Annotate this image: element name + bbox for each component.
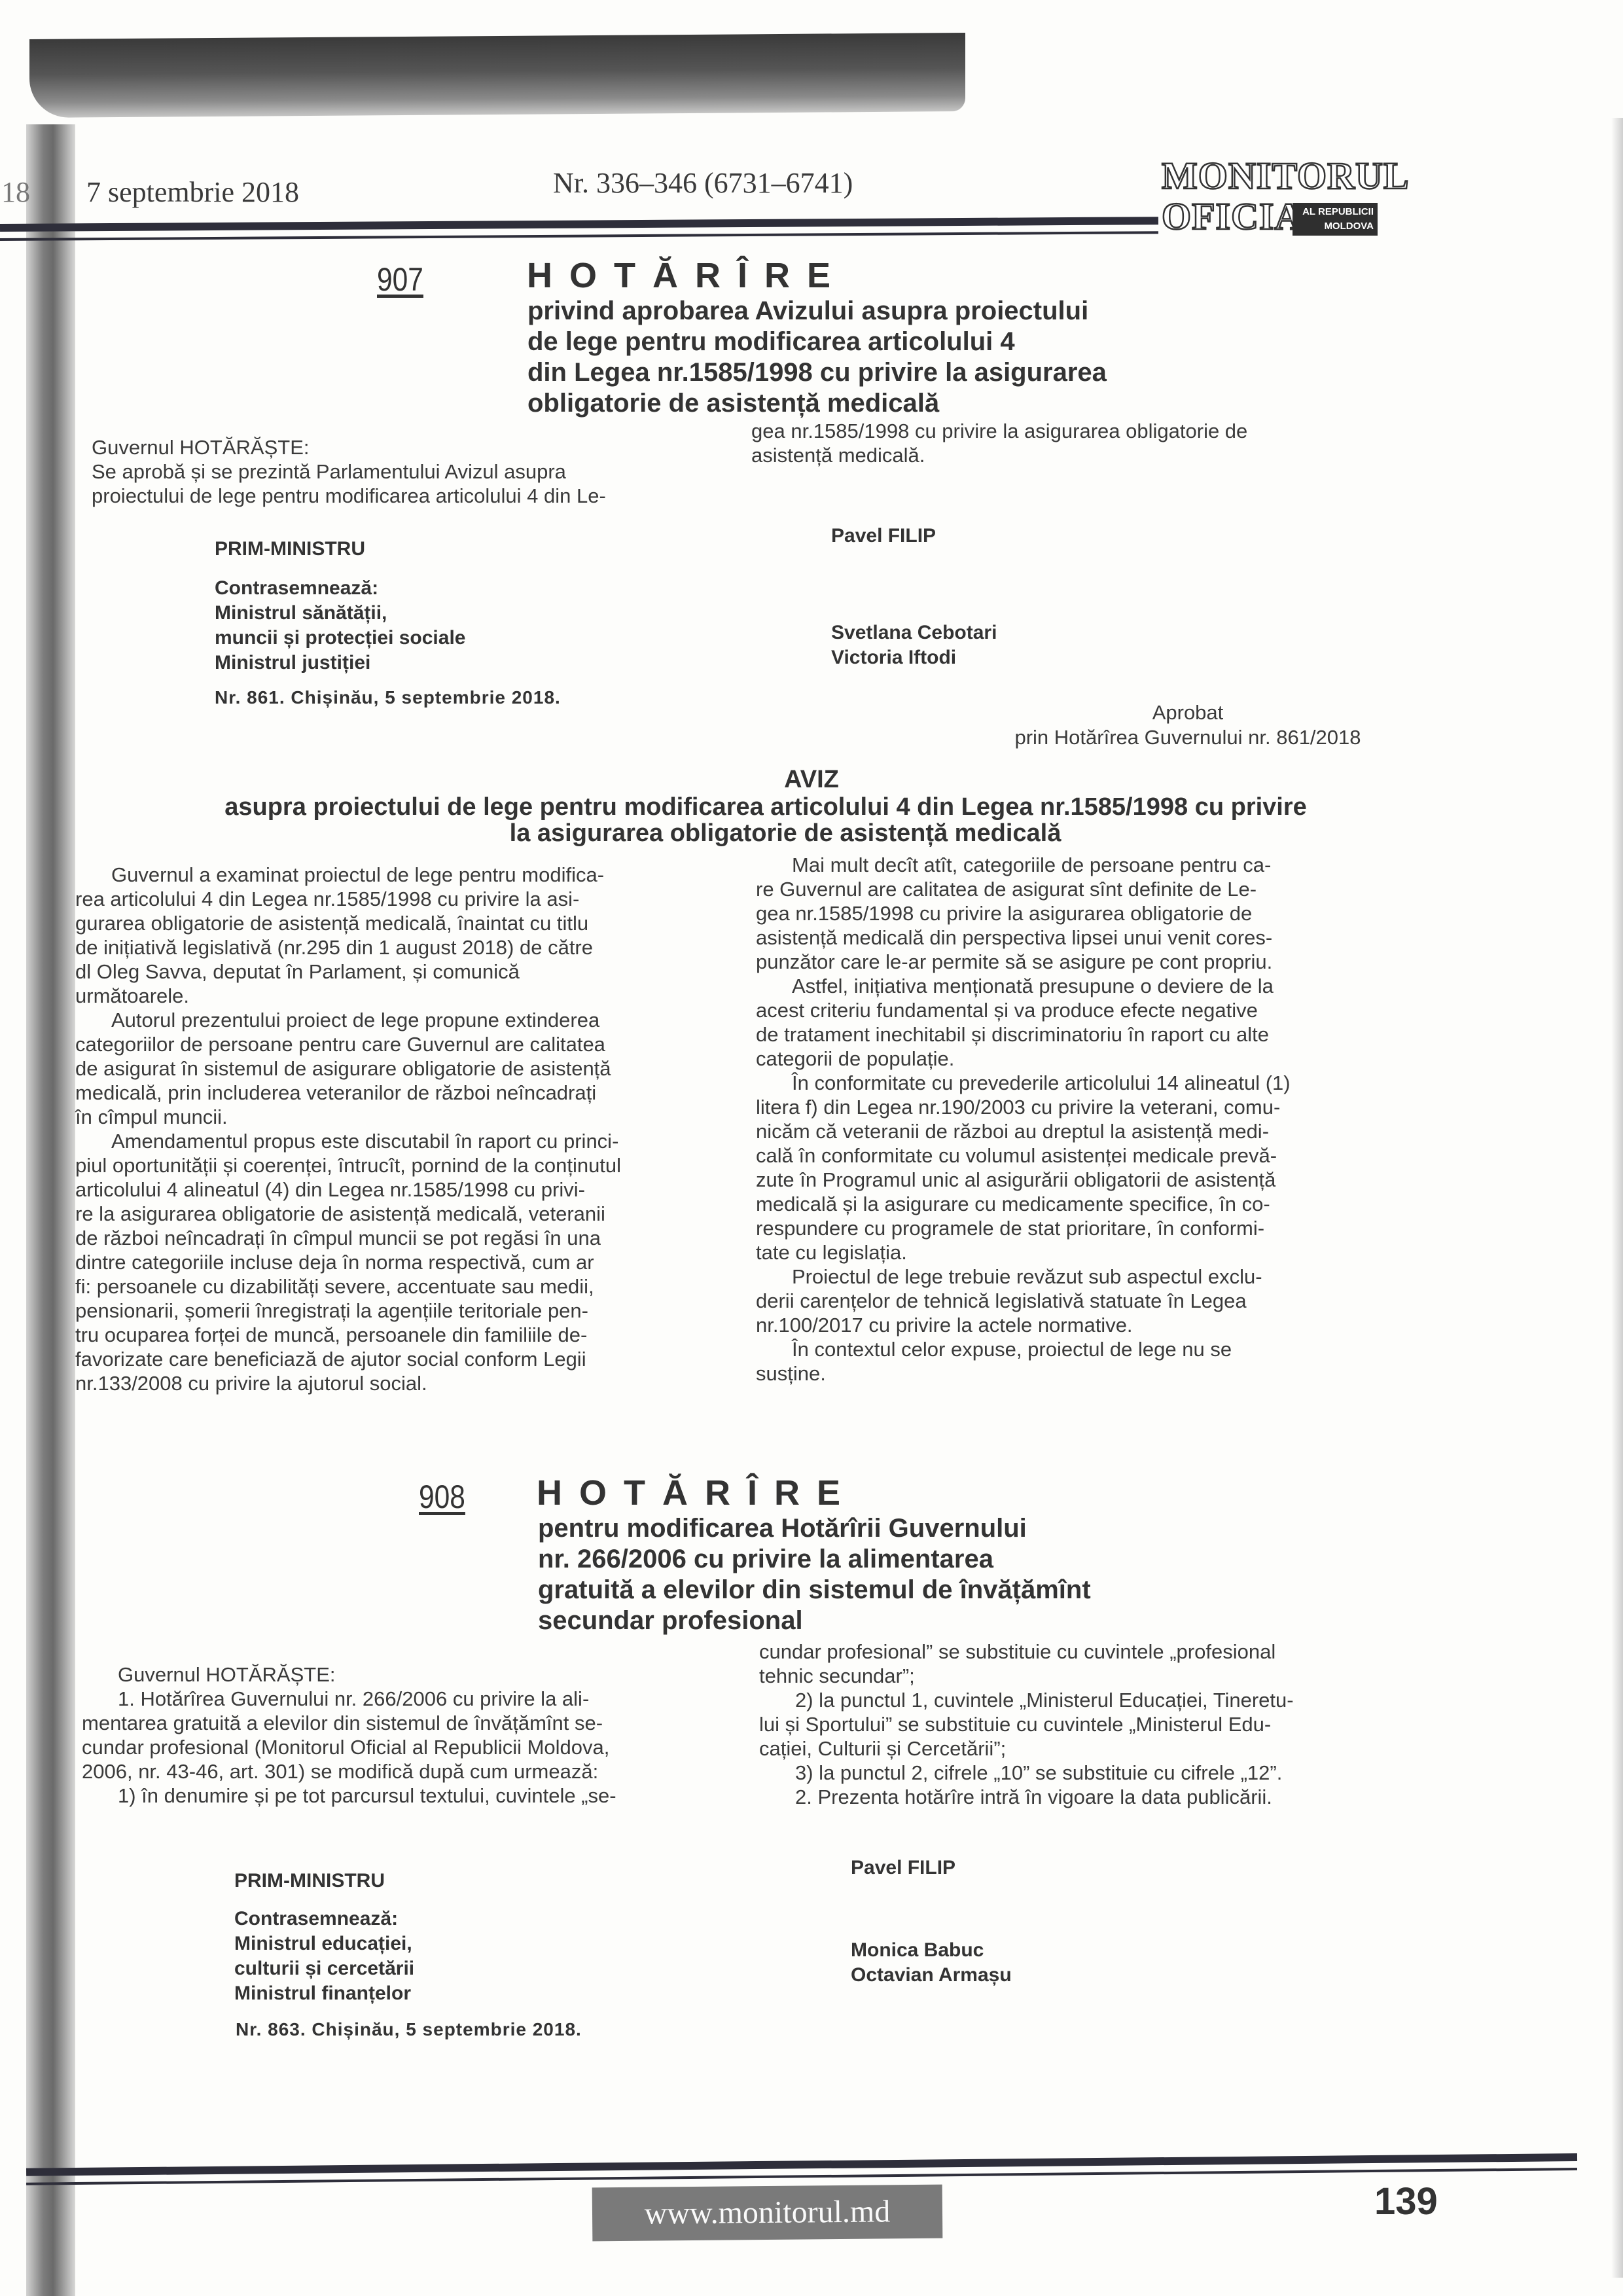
text-line: de război neîncadrați în cîmpul muncii s… (75, 1226, 621, 1250)
text-line: acest criteriu fundamental și va produce… (756, 998, 1291, 1022)
text-line: 2. Prezenta hotărîre intră în vigoare la… (759, 1785, 1294, 1809)
logo-badge: AL REPUBLICII MOLDOVA (1293, 203, 1378, 236)
text-line: de tratament inechitabil și discriminato… (756, 1022, 1291, 1047)
act-907-signature-right: Pavel FILIP Svetlana Cebotari Victoria I… (831, 524, 997, 670)
text-line: piul oportunității și coerenței, întrucî… (75, 1153, 621, 1177)
text-line: zute în Programul unic al asigurării obl… (756, 1168, 1291, 1192)
act-908-signature-right: Pavel FILIP Monica Babuc Octavian Armașu (851, 1856, 1012, 1988)
minister-name: Monica Babuc (851, 1938, 1012, 1963)
prime-minister-name: Pavel FILIP (831, 524, 997, 548)
text-line: cației, Culturii și Cercetării”; (759, 1736, 1294, 1761)
text-line: derii carențelor de tehnică legislativă … (756, 1289, 1291, 1313)
text-line: În contextul celor expuse, proiectul de … (756, 1337, 1291, 1361)
text-line: În conformitate cu prevederile articolul… (756, 1071, 1291, 1095)
logo-badge-line-1: AL REPUBLICII (1296, 205, 1374, 219)
text-line: re la asigurarea obligatorie de asistenț… (75, 1202, 621, 1226)
countersign-label: Contrasemnează: (234, 1907, 414, 1931)
text-line: cundar profesional (Monitorul Oficial al… (82, 1735, 616, 1759)
text-line: re Guvernul are calitatea de asigurat sî… (756, 877, 1291, 901)
footer-rule-thick (26, 2153, 1577, 2176)
text-line: cală în conformitate cu volumul asistenț… (756, 1143, 1291, 1168)
text-line: favorizate care beneficiază de ajutor so… (75, 1347, 621, 1371)
logo-badge-line-2: MOLDOVA (1296, 219, 1374, 234)
act-908-body-right: cundar profesional” se substituie cu cuv… (759, 1640, 1294, 1809)
aviz-body-left: Guvernul a examinat proiectul de lege pe… (75, 863, 621, 1395)
aviz-subtitle-2: la asigurarea obligatorie de asistență m… (0, 819, 1597, 848)
website-link[interactable]: www.monitorul.md (592, 2185, 943, 2242)
act-907-number: 907 (377, 260, 423, 298)
text-line: pensionarii, șomerii înregistrați la age… (75, 1299, 621, 1323)
act-907-body-left: Guvernul HOTĂRĂȘTE: Se aprobă și se prez… (92, 435, 606, 508)
text-line: articolului 4 alineatul (4) din Legea nr… (75, 1177, 621, 1202)
act-907-body-right: gea nr.1585/1998 cu privire la asigurare… (751, 419, 1247, 467)
text-line: fi: persoanele cu dizabilități severe, a… (75, 1274, 621, 1299)
act-908-kind: HOTĂRÎRE (537, 1473, 857, 1513)
text-line: Mai mult decît atît, categoriile de pers… (756, 853, 1291, 877)
text-line: Autorul prezentului proiect de lege prop… (75, 1008, 621, 1032)
text-line: Guvernul a examinat proiectul de lege pe… (75, 863, 621, 887)
text-line: dl Oleg Savva, deputat în Parlament, și … (75, 960, 621, 984)
page-header: 18 7 septembrie 2018 Nr. 336–346 (6731–6… (0, 157, 1623, 242)
scan-shadow-top (29, 33, 965, 118)
text-line: gea nr.1585/1998 cu privire la asigurare… (756, 901, 1291, 925)
text-line: nr.133/2008 cu privire la ajutorul socia… (75, 1371, 621, 1395)
aviz-subtitle-1: asupra proiectului de lege pentru modifi… (0, 793, 1577, 821)
text-line: următoarele. (75, 984, 621, 1008)
previous-page-number: 18 (1, 175, 30, 209)
signature-role: PRIM-MINISTRU (215, 537, 465, 562)
prime-minister-name: Pavel FILIP (851, 1856, 1012, 1880)
text-line: categoriilor de persoane pentru care Guv… (75, 1032, 621, 1056)
act-908-title: pentru modificarea Hotărîrii Guvernului … (538, 1513, 1091, 1636)
logo-line-1: MONITORUL (1162, 157, 1410, 195)
issue-number: Nr. 336–346 (6731–6741) (553, 166, 853, 200)
act-907-signature-left: PRIM-MINISTRU Contrasemnează: Ministrul … (215, 537, 465, 675)
text-line: cundar profesional” se substituie cu cuv… (759, 1640, 1294, 1664)
text-line: nr.100/2017 cu privire la actele normati… (756, 1313, 1291, 1337)
aviz-body-right: Mai mult decît atît, categoriile de pers… (756, 853, 1291, 1386)
text-line: 1. Hotărîrea Guvernului nr. 266/2006 cu … (82, 1687, 616, 1711)
issue-date: 7 septembrie 2018 (86, 175, 299, 209)
act-907-reference: Nr. 861. Chișinău, 5 septembrie 2018. (215, 687, 561, 708)
text-line: gurarea obligatorie de asistență medical… (75, 911, 621, 935)
text-line: 2006, nr. 43-46, art. 301) se modifică d… (82, 1759, 616, 1784)
act-908-signature-left: PRIM-MINISTRU Contrasemnează: Ministrul … (234, 1869, 414, 2006)
act-908-body-left: Guvernul HOTĂRĂȘTE:1. Hotărîrea Guvernul… (82, 1662, 616, 1808)
text-line: tehnic secundar”; (759, 1664, 1294, 1688)
text-line: litera f) din Legea nr.190/2003 cu privi… (756, 1095, 1291, 1119)
act-908-reference: Nr. 863. Chișinău, 5 septembrie 2018. (236, 2019, 582, 2040)
text-line: punzător care le-ar permite să se asigur… (756, 950, 1291, 974)
minister-name: Svetlana Cebotari (831, 620, 997, 645)
header-rule-thin (0, 231, 1158, 241)
text-line: categorii de populație. (756, 1047, 1291, 1071)
text-line: Proiectul de lege trebuie revăzut sub as… (756, 1265, 1291, 1289)
text-line: dintre categoriile incluse deja în norma… (75, 1250, 621, 1274)
header-rule-thick (0, 217, 1158, 232)
text-line: 2) la punctul 1, cuvintele „Ministerul E… (759, 1688, 1294, 1712)
act-908-number: 908 (419, 1478, 465, 1516)
scan-binding-shadow (26, 124, 75, 2296)
text-line: tru ocuparea forței de muncă, persoanele… (75, 1323, 621, 1347)
text-line: 1) în denumire și pe tot parcursul textu… (82, 1784, 616, 1808)
text-line: medicală și la asigurare cu medicamente … (756, 1192, 1291, 1216)
minister-name: Octavian Armașu (851, 1963, 1012, 1988)
text-line: de inițiativă legislativă (nr.295 din 1 … (75, 935, 621, 960)
text-line: 3) la punctul 2, cifrele „10” se substit… (759, 1761, 1294, 1785)
signature-role: PRIM-MINISTRU (234, 1869, 414, 1893)
text-line: susține. (756, 1361, 1291, 1386)
text-line: lui și Sportului” se substituie cu cuvin… (759, 1712, 1294, 1736)
minister-name: Victoria Iftodi (831, 645, 997, 670)
text-line: rea articolului 4 din Legea nr.1585/1998… (75, 887, 621, 911)
aviz-heading: AVIZ (0, 766, 1623, 794)
text-line: tate cu legislația. (756, 1240, 1291, 1265)
page-number: 139 (1374, 2179, 1438, 2223)
text-line: Astfel, inițiativa menționată presupune … (756, 974, 1291, 998)
text-line: asistență medicală din perspectiva lipse… (756, 925, 1291, 950)
text-line: în cîmpul muncii. (75, 1105, 621, 1129)
text-line: medicală, prin includerea veteranilor de… (75, 1081, 621, 1105)
act-907-title: privind aprobarea Avizului asupra proiec… (527, 296, 1107, 419)
scan-right-edge (1611, 118, 1623, 2278)
text-line: de asigurat în sistemul de asigurare obl… (75, 1056, 621, 1081)
text-line: Amendamentul propus este discutabil în r… (75, 1129, 621, 1153)
text-line: respundere cu programele de stat priorit… (756, 1216, 1291, 1240)
text-line: nicăm că veteranii de război au dreptul … (756, 1119, 1291, 1143)
countersign-label: Contrasemnează: (215, 576, 465, 601)
act-907-kind: HOTĂRÎRE (527, 255, 847, 296)
monitorul-oficial-logo: MONITORUL OFICIAL AL REPUBLICII MOLDOVA (1162, 157, 1423, 242)
text-line: mentarea gratuită a elevilor din sistemu… (82, 1711, 616, 1735)
text-line: Guvernul HOTĂRĂȘTE: (82, 1662, 616, 1687)
approval-note: Aprobat prin Hotărîrea Guvernului nr. 86… (942, 700, 1433, 750)
